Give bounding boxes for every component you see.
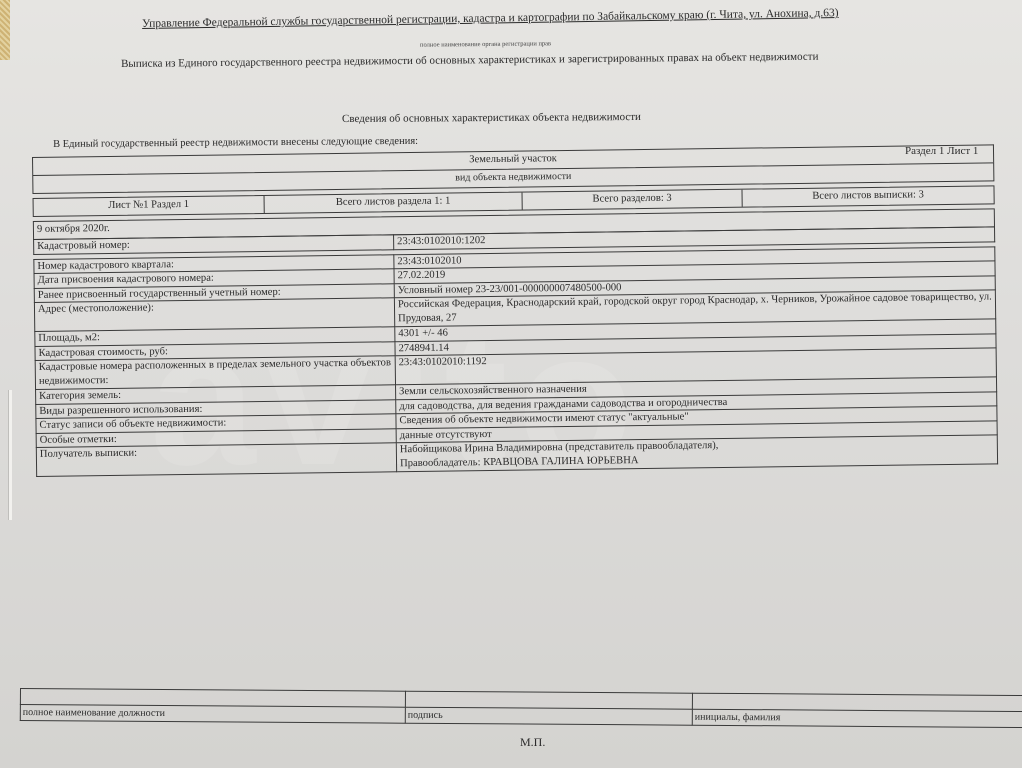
background-edge <box>0 0 10 60</box>
field-label: Кадастровые номера расположенных в преде… <box>35 356 395 390</box>
signature-field <box>405 691 692 709</box>
organization-caption: полное наименование органа регистрации п… <box>420 40 551 48</box>
field-label: Кадастровый номер: <box>34 235 394 254</box>
document-page: avito Управление Федеральной службы госу… <box>0 0 1022 768</box>
signature-caption: подпись <box>405 707 692 725</box>
intro-text: В Единый государственный реестр недвижим… <box>53 136 418 150</box>
position-caption: полное наименование должности <box>20 705 405 724</box>
sheet-number: Лист №1 Раздел 1 <box>34 196 265 216</box>
stamp-place: М.П. <box>520 735 545 750</box>
section-sheets-total: Всего листов раздела 1: 1 <box>265 193 523 213</box>
field-label: Адрес (местоположение): <box>34 298 394 332</box>
signature-block: полное наименование должности подпись ин… <box>20 688 1022 728</box>
paper-fold <box>8 390 12 520</box>
sections-total: Всего разделов: 3 <box>523 190 743 210</box>
organization-name: Управление Федеральной службы государств… <box>142 7 839 30</box>
extract-title: Выписка из Единого государственного реес… <box>121 51 818 70</box>
field-label: Получатель выписки: <box>36 443 396 477</box>
property-info-form: Земельный участок вид объекта недвижимос… <box>32 144 998 477</box>
extract-sheets-total: Всего листов выписки: 3 <box>742 186 993 206</box>
section-title: Сведения об основных характеристиках объ… <box>342 111 641 125</box>
characteristics-table: Номер кадастрового квартала: 23:43:01020… <box>33 246 998 477</box>
name-caption: инициалы, фамилия <box>692 709 1022 727</box>
